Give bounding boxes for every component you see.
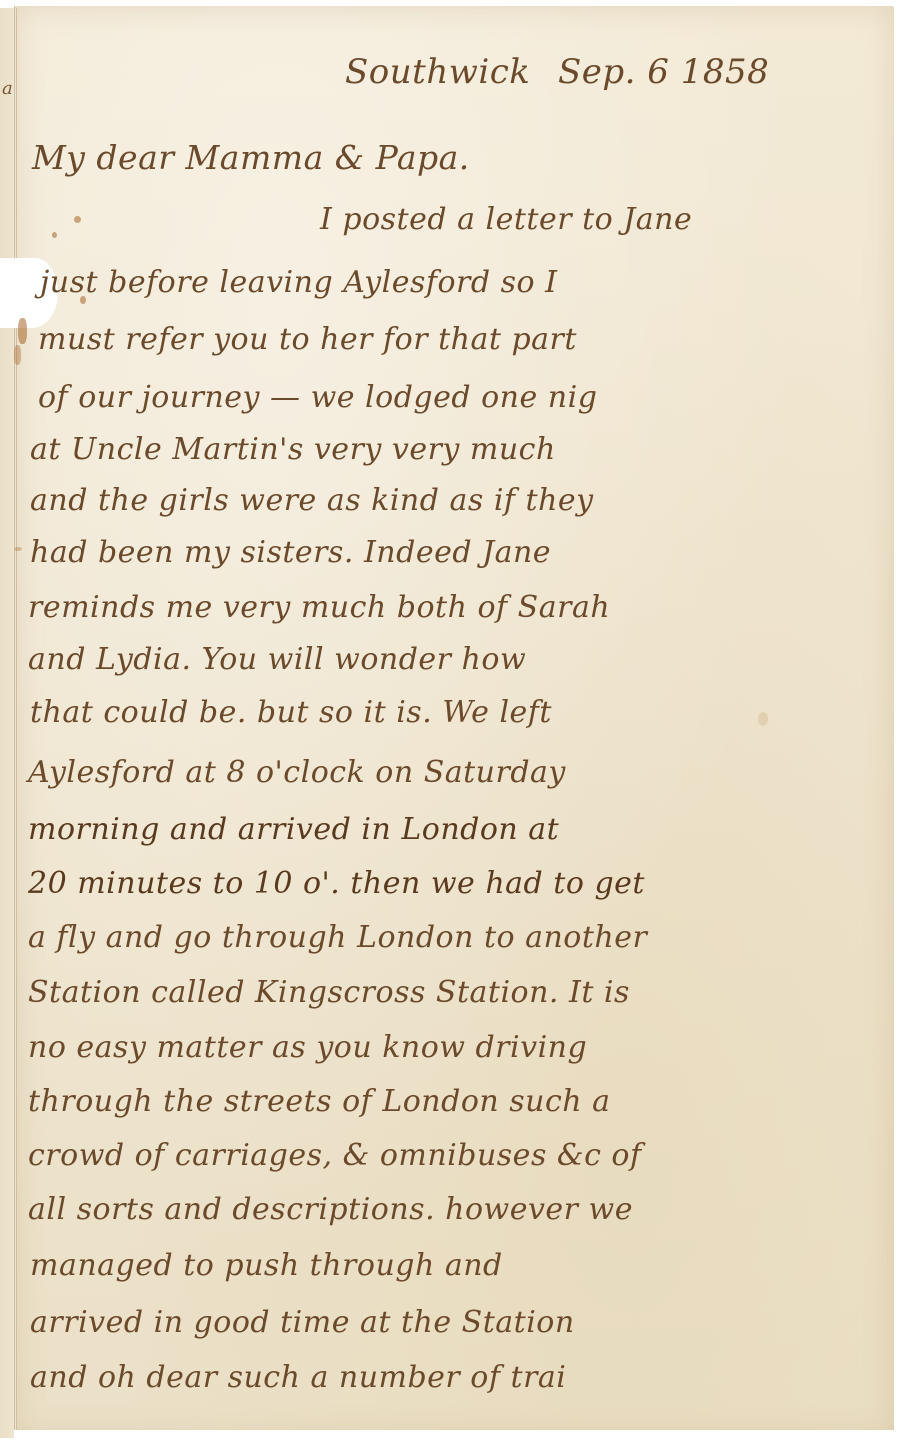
letter-line: Station called Kingscross Station. It is	[28, 975, 630, 1010]
letter-heading-place: Southwick	[345, 52, 530, 92]
letter-line: that could be. but so it is. We left	[30, 695, 552, 730]
letter-line: a fly and go through London to another	[28, 920, 647, 955]
foxing-stain	[18, 318, 27, 344]
letter-line: through the streets of London such a	[28, 1084, 611, 1119]
letter-line: all sorts and descriptions. however we	[28, 1192, 633, 1227]
foxing-stain	[52, 232, 57, 238]
foxing-stain	[758, 712, 768, 726]
letter-line: arrived in good time at the Station	[30, 1305, 575, 1340]
letter-heading-date: Sep. 6 1858	[558, 52, 769, 92]
letter-line: and oh dear such a number of trai	[30, 1360, 566, 1395]
letter-salutation: My dear Mamma & Papa.	[32, 138, 470, 177]
letter-line: must refer you to her for that part	[38, 322, 577, 357]
letter-line: 20 minutes to 10 o'. then we had to get	[28, 866, 645, 901]
letter-line: morning and arrived in London at	[28, 812, 559, 847]
letter-line: no easy matter as you know driving	[28, 1030, 587, 1065]
letter-line: reminds me very much both of Sarah	[28, 590, 610, 625]
margin-mark: a	[2, 78, 13, 99]
letter-line: of our journey — we lodged one nig	[38, 380, 597, 415]
foxing-stain	[14, 547, 22, 551]
letter-line: Aylesford at 8 o'clock on Saturday	[28, 755, 566, 790]
letter-line: had been my sisters. Indeed Jane	[30, 535, 551, 570]
foxing-stain	[14, 345, 21, 365]
page-fold-line	[14, 6, 15, 1438]
bottom-edge	[14, 1430, 894, 1445]
letter-line: and Lydia. You will wonder how	[28, 642, 526, 677]
letter-line: at Uncle Martin's very very much	[30, 432, 556, 467]
letter-line: and the girls were as kind as if they	[30, 483, 594, 518]
letter-line: managed to push through and	[30, 1248, 503, 1283]
letter-line: just before leaving Aylesford so I	[40, 265, 557, 300]
letter-line: crowd of carriages, & omnibuses &c of	[28, 1138, 642, 1173]
foxing-stain	[74, 216, 81, 223]
letter-line: I posted a letter to Jane	[320, 202, 692, 237]
